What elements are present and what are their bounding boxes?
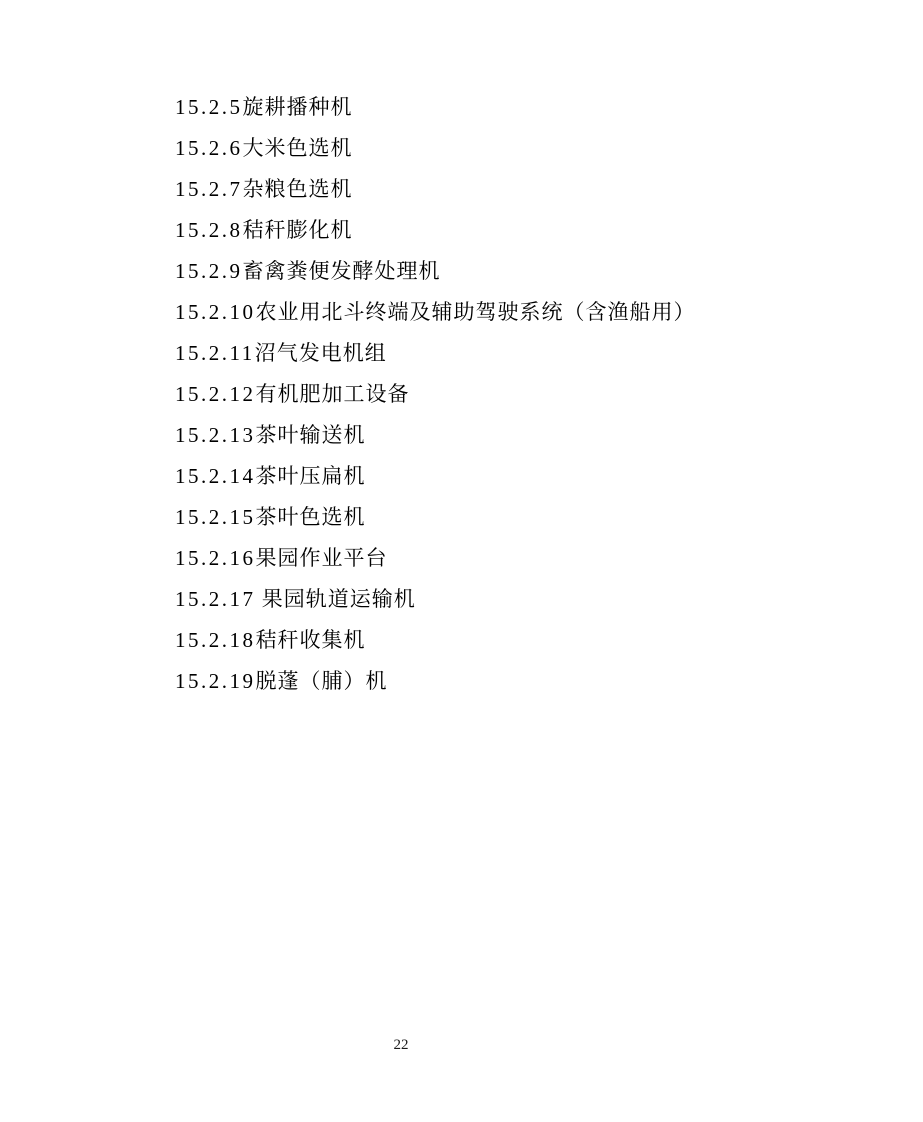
list-item: 15.2.8秸秆膨化机 — [175, 210, 863, 251]
item-label: 秸秆收集机 — [256, 628, 366, 652]
list-item: 15.2.13茶叶输送机 — [175, 415, 863, 456]
item-number: 15.2.7 — [175, 177, 243, 201]
list-item: 15.2.11沼气发电机组 — [175, 333, 863, 374]
item-label: 畜禽粪便发酵处理机 — [243, 259, 441, 283]
item-list: 15.2.5旋耕播种机 15.2.6大米色选机 15.2.7杂粮色选机 15.2… — [175, 87, 863, 702]
item-number: 15.2.18 — [175, 628, 256, 652]
page-number: 22 — [0, 1036, 802, 1054]
list-item: 15.2.5旋耕播种机 — [175, 87, 863, 128]
item-label: 沼气发电机组 — [255, 341, 387, 365]
item-label: 有机肥加工设备 — [256, 382, 410, 406]
list-item: 15.2.7杂粮色选机 — [175, 169, 863, 210]
list-item: 15.2.9畜禽粪便发酵处理机 — [175, 251, 863, 292]
item-number: 15.2.14 — [175, 464, 256, 488]
item-number: 15.2.19 — [175, 669, 256, 693]
item-number: 15.2.12 — [175, 382, 256, 406]
list-item: 15.2.19脱蓬（脯）机 — [175, 661, 863, 702]
item-number: 15.2.5 — [175, 95, 243, 119]
item-number: 15.2.10 — [175, 300, 256, 324]
list-item: 15.2.16果园作业平台 — [175, 538, 863, 579]
item-label: 杂粮色选机 — [243, 177, 353, 201]
item-number: 15.2.17 — [175, 587, 256, 611]
list-item: 15.2.10农业用北斗终端及辅助驾驶系统（含渔船用） — [175, 292, 863, 333]
item-label: 茶叶输送机 — [256, 423, 366, 447]
item-label: 果园轨道运输机 — [256, 587, 416, 611]
list-item: 15.2.17 果园轨道运输机 — [175, 579, 863, 620]
list-item: 15.2.12有机肥加工设备 — [175, 374, 863, 415]
item-label: 秸秆膨化机 — [243, 218, 353, 242]
item-number: 15.2.8 — [175, 218, 243, 242]
item-label: 茶叶压扁机 — [256, 464, 366, 488]
item-number: 15.2.15 — [175, 505, 256, 529]
item-number: 15.2.9 — [175, 259, 243, 283]
item-label: 旋耕播种机 — [243, 95, 353, 119]
item-label: 农业用北斗终端及辅助驾驶系统（含渔船用） — [256, 300, 696, 324]
list-item: 15.2.15茶叶色选机 — [175, 497, 863, 538]
item-label: 茶叶色选机 — [256, 505, 366, 529]
item-number: 15.2.13 — [175, 423, 256, 447]
item-label: 脱蓬（脯）机 — [256, 669, 388, 693]
item-label: 果园作业平台 — [256, 546, 388, 570]
item-number: 15.2.16 — [175, 546, 256, 570]
list-item: 15.2.18秸秆收集机 — [175, 620, 863, 661]
list-item: 15.2.14茶叶压扁机 — [175, 456, 863, 497]
document-page: 15.2.5旋耕播种机 15.2.6大米色选机 15.2.7杂粮色选机 15.2… — [0, 0, 923, 1122]
item-number: 15.2.11 — [175, 341, 255, 365]
item-number: 15.2.6 — [175, 136, 243, 160]
item-label: 大米色选机 — [243, 136, 353, 160]
list-item: 15.2.6大米色选机 — [175, 128, 863, 169]
